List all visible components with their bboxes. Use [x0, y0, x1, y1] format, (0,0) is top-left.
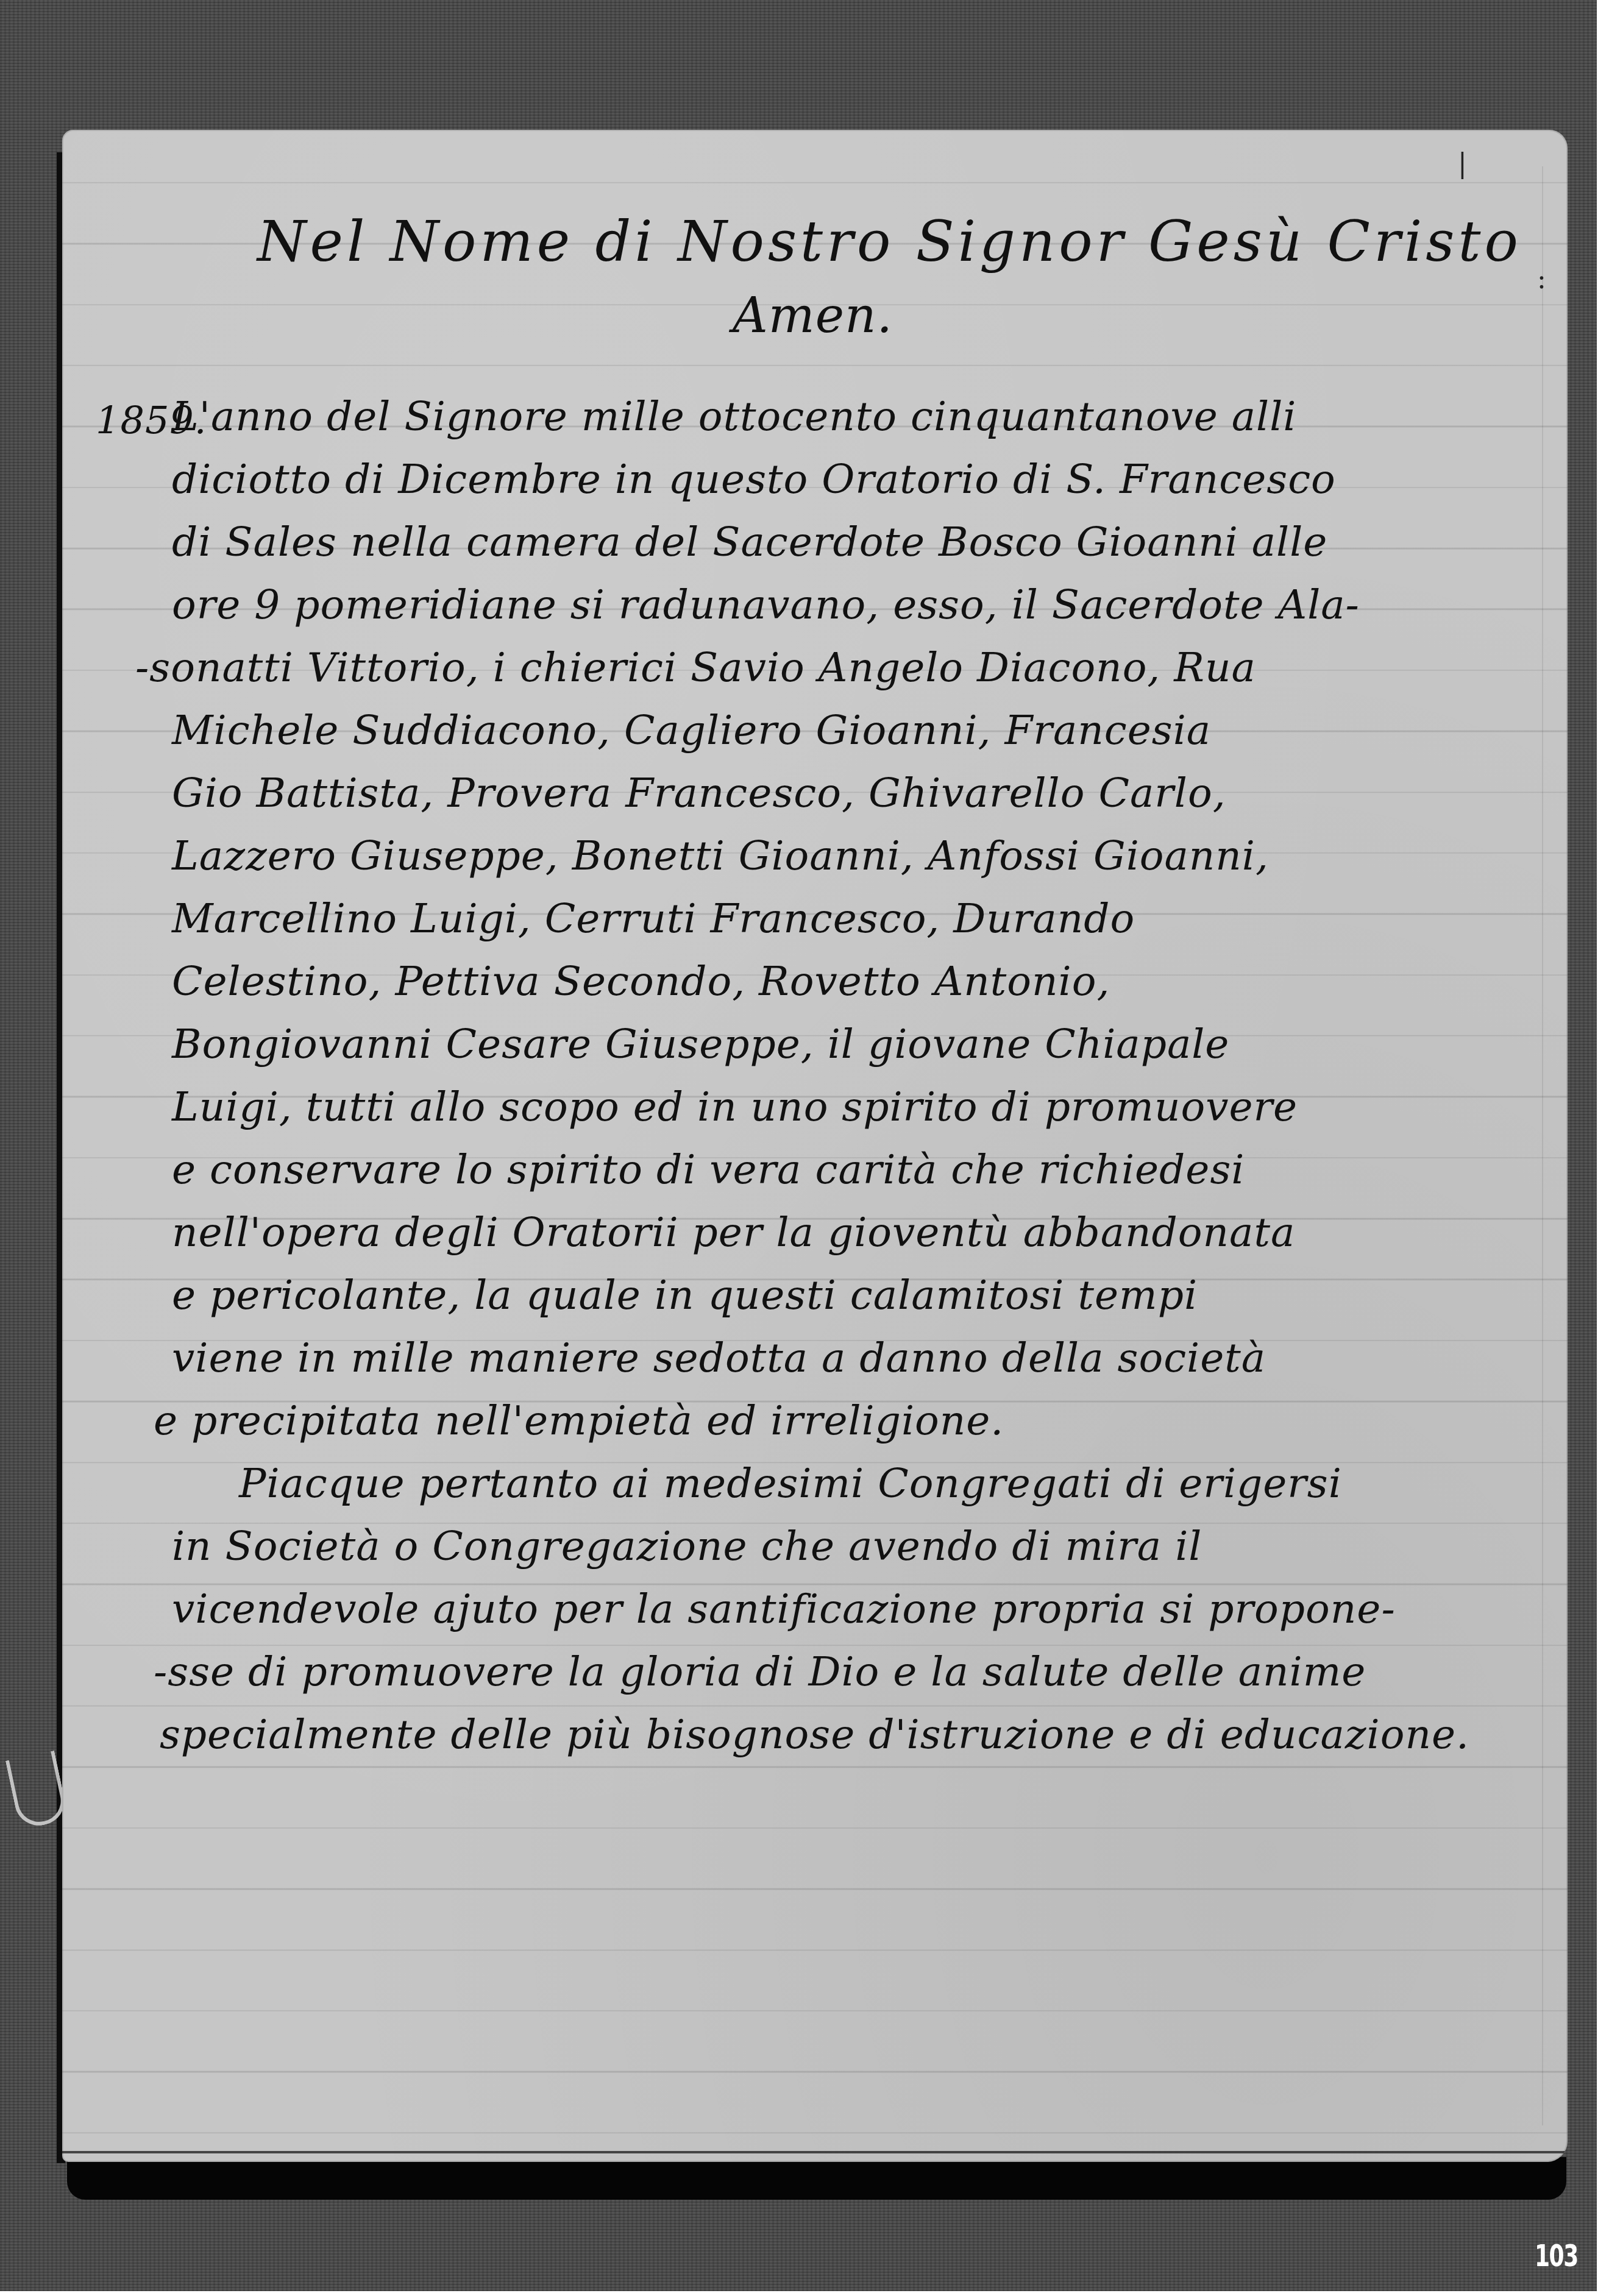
page-bottom-edge: [62, 2151, 1568, 2153]
page-fold-line: [1542, 166, 1543, 2125]
text-line: vicendevole ajuto per la santificazione …: [172, 1586, 1396, 1632]
text-line: in Società o Congregazione che avendo di…: [172, 1523, 1202, 1570]
document-title-closing: Amen.: [733, 287, 893, 344]
text-line: nell'opera degli Oratorii per la giovent…: [172, 1209, 1295, 1256]
text-line: diciotto di Dicembre in questo Oratorio …: [172, 456, 1336, 503]
text-line: e conservare lo spirito di vera carità c…: [172, 1146, 1245, 1193]
bottom-white-strip: [0, 2291, 1609, 2296]
text-line: Gio Battista, Provera Francesco, Ghivare…: [172, 770, 1226, 817]
text-line: viene in mille maniere sedotta a danno d…: [172, 1334, 1266, 1381]
right-white-strip: [1597, 0, 1609, 2296]
text-line: -sonatti Vittorio, i chierici Savio Ange…: [135, 644, 1256, 691]
margin-tick-mark: |: [1458, 148, 1467, 179]
text-line: Celestino, Pettiva Secondo, Rovetto Anto…: [172, 958, 1110, 1005]
text-line: e precipitata nell'empietà ed irreligion…: [154, 1397, 1004, 1444]
text-line: di Sales nella camera del Sacerdote Bosc…: [172, 519, 1327, 565]
text-line: Bongiovanni Cesare Giuseppe, il giovane …: [172, 1021, 1229, 1068]
text-line: L'anno del Signore mille ottocento cinqu…: [172, 393, 1296, 440]
text-line: Michele Suddiacono, Cagliero Gioanni, Fr…: [172, 707, 1211, 754]
text-line: Marcellino Luigi, Cerruti Francesco, Dur…: [172, 895, 1135, 942]
page-shadow: [67, 2157, 1566, 2200]
margin-dot-mark: :: [1537, 264, 1546, 295]
text-line: Lazzero Giuseppe, Bonetti Gioanni, Anfos…: [172, 832, 1269, 879]
text-line: Luigi, tutti allo scopo ed in uno spirit…: [172, 1083, 1298, 1130]
paragraph-start-line: Piacque pertanto ai medesimi Congregati …: [239, 1460, 1342, 1507]
text-line: -sse di promuovere la gloria di Dio e la…: [154, 1648, 1366, 1695]
page-number: 103: [1535, 2238, 1578, 2273]
manuscript-page: Nel Nome di Nostro Signor Gesù Cristo Am…: [62, 130, 1568, 2162]
document-title: Nel Nome di Nostro Signor Gesù Cristo: [257, 209, 1522, 274]
text-line: e pericolante, la quale in questi calami…: [172, 1272, 1198, 1319]
text-line: specialmente delle più bisognose d'istru…: [160, 1711, 1469, 1758]
text-line: ore 9 pomeridiane si radunavano, esso, i…: [172, 581, 1360, 628]
